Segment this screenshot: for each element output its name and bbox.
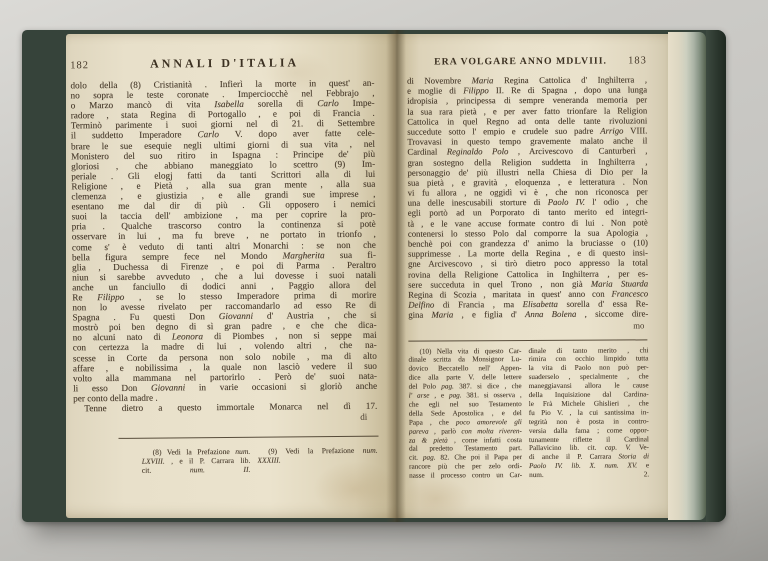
text-line: che egli nel suo Testamento xyxy=(409,400,522,409)
left-page: 182 ANNALI D'ITALIA dolo della (8) Crist… xyxy=(66,34,395,518)
left-running-title: ANNALI D'ITALIA xyxy=(89,55,374,72)
text-line: (9) Vedi la Prefazione num. xyxy=(257,446,377,456)
left-page-number: 182 xyxy=(70,60,89,71)
right-footnote-column-1: (10) Nella vita di questo Car-dinale scr… xyxy=(408,347,522,481)
book-gutter-shadow xyxy=(386,30,406,522)
book: 182 ANNALI D'ITALIA dolo della (8) Crist… xyxy=(22,30,726,522)
left-running-head: 182 ANNALI D'ITALIA xyxy=(70,55,374,73)
left-footnote-column-1: (8) Vedi la Prefazione num.LXVIII. , e i… xyxy=(142,447,251,475)
text-line: pareva , parlò con molta riveren- xyxy=(409,427,522,436)
text-line: cit. num. II. xyxy=(142,465,251,475)
right-catchword: mo xyxy=(408,320,648,331)
right-footnote-column-2: dinale di tanto merito , chirimira con o… xyxy=(528,346,649,480)
right-running-head: ERA VOLGARE ANNO MDLVIII. 183 xyxy=(407,55,647,67)
left-footnote-column-2: (9) Vedi la Prefazione num.XXXIII. xyxy=(257,446,378,474)
left-body-text: dolo della (8) Cristianità . Infierì la … xyxy=(70,78,377,414)
photo-background: 182 ANNALI D'ITALIA dolo della (8) Crist… xyxy=(0,0,768,561)
text-line: num. 2. xyxy=(529,471,649,481)
text-line: XXXIII. xyxy=(257,455,377,465)
right-body-text: di Novembre Maria Regina Cattolica d' In… xyxy=(407,74,648,320)
text-line: idropisia , principessa di sempre venera… xyxy=(407,95,647,106)
left-footnote-rule xyxy=(119,436,379,439)
text-line: versia dalla fama ; come oppor- xyxy=(529,426,649,436)
text-line: fu Pio V. , la cui santissima in- xyxy=(529,408,649,418)
left-footnotes: (8) Vedi la Prefazione num.LXVIII. , e i… xyxy=(74,446,378,476)
left-catchword: di xyxy=(73,412,377,425)
left-page-content: 182 ANNALI D'ITALIA dolo della (8) Crist… xyxy=(70,55,378,476)
text-line: Cardinal Reginaldo Polo , Arcivescovo di… xyxy=(407,146,647,157)
right-footnote-rule xyxy=(408,339,647,341)
text-line: tegrità non è posta in contro- xyxy=(529,417,649,427)
text-line: le Frà Michele Ghislieri , che xyxy=(529,399,649,409)
text-line: egli portò ad un Porporato di tanto meri… xyxy=(408,207,648,218)
right-page-edges xyxy=(668,32,706,520)
right-footnotes: (10) Nella vita di questo Car-dinale scr… xyxy=(408,346,649,481)
right-page: ERA VOLGARE ANNO MDLVIII. 183 di Novembr… xyxy=(395,34,668,518)
text-line: gina Maria , e figlia d' Anna Bolena , s… xyxy=(408,309,648,320)
right-page-content: ERA VOLGARE ANNO MDLVIII. 183 di Novembr… xyxy=(407,55,649,480)
text-line: nasse il processo contro un Car- xyxy=(409,471,522,480)
right-running-title: ERA VOLGARE ANNO MDLVIII. xyxy=(407,55,628,67)
book-spine-page-edges xyxy=(22,30,72,522)
text-line: gne Arcivescovo , si tirò dietro poco ap… xyxy=(408,258,648,269)
right-cover-edge xyxy=(706,30,726,522)
right-page-number: 183 xyxy=(628,55,647,66)
